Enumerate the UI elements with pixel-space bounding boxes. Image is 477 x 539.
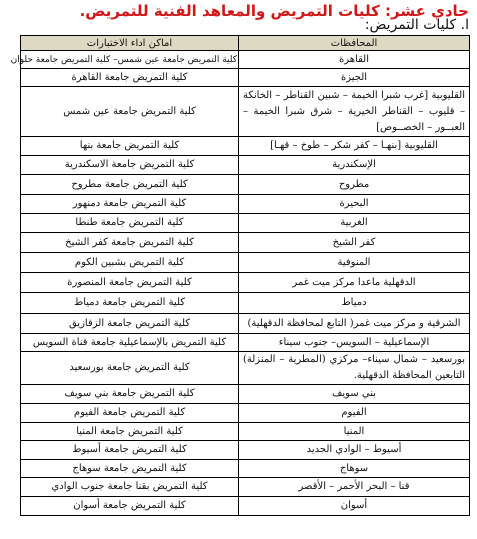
table-row: القاهرةكلية التمريض جامعة عين شمس– كلية … bbox=[21, 51, 470, 69]
table-row: قنا – البحر الأحمر – الأقصركلية التمريض … bbox=[21, 478, 470, 497]
table-row: الإسماعيلية – السويس– جنوب سيناءكلية الت… bbox=[21, 334, 470, 352]
governorate-cell: كفر الشيخ bbox=[239, 233, 470, 253]
governorate-cell: أسوان bbox=[239, 497, 470, 516]
table-row: الجيزةكلية التمريض جامعة القاهرة bbox=[21, 69, 470, 87]
governorate-cell: بني سويف bbox=[239, 385, 470, 404]
governorate-cell: الإسماعيلية – السويس– جنوب سيناء bbox=[239, 334, 470, 352]
table-row: كفر الشيخكلية التمريض جامعة كفر الشيخ bbox=[21, 233, 470, 253]
exam-location-cell: كلية التمريض جامعة بني سويف bbox=[21, 385, 239, 404]
exam-location-cell: كلية التمريض جامعة بنها bbox=[21, 137, 239, 156]
table-row: الفيومكلية التمريض جامعة الفيوم bbox=[21, 404, 470, 423]
exam-location-cell: كلية التمريض جامعة القاهرة bbox=[21, 69, 239, 87]
governorate-cell: المنيا bbox=[239, 423, 470, 441]
nursing-colleges-table: المحافظات اماكن اداء الاختبارات القاهرةك… bbox=[20, 35, 470, 516]
governorate-cell: الغربية bbox=[239, 214, 470, 233]
exam-location-cell: كلية التمريض جامعة دمياط bbox=[21, 293, 239, 314]
exam-location-cell: كلية التمريض جامعة المنصورة bbox=[21, 273, 239, 293]
table-row: البحيرةكلية التمريض جامعة دمنهور bbox=[21, 195, 470, 214]
governorate-cell: الدقهلية ماعدا مركز ميت غمر bbox=[239, 273, 470, 293]
governorate-cell: الإسكندرية bbox=[239, 156, 470, 175]
exam-location-cell: كلية التمريض جامعة أسيوط bbox=[21, 441, 239, 460]
governorate-cell: البحيرة bbox=[239, 195, 470, 214]
table-row: المنوفيةكلية التمريض بشبين الكوم bbox=[21, 253, 470, 273]
table-row: أسيوط – الوادي الجديدكلية التمريض جامعة … bbox=[21, 441, 470, 460]
exam-location-cell: كلية التمريض جامعة كفر الشيخ bbox=[21, 233, 239, 253]
exam-location-cell: كلية التمريض جامعة أسوان bbox=[21, 497, 239, 516]
table-row: الدقهلية ماعدا مركز ميت غمركلية التمريض … bbox=[21, 273, 470, 293]
exam-location-cell: كلية التمريض جامعة الفيوم bbox=[21, 404, 239, 423]
table-row: دمياطكلية التمريض جامعة دمياط bbox=[21, 293, 470, 314]
table-row: الإسكندريةكلية التمريض جامعة الاسكندرية bbox=[21, 156, 470, 175]
governorate-cell: القاهرة bbox=[239, 51, 470, 69]
section-subtitle: ا. كليات التمريض: bbox=[365, 17, 469, 33]
exam-location-cell: كلية التمريض جامعة المنيا bbox=[21, 423, 239, 441]
governorate-cell: الفيوم bbox=[239, 404, 470, 423]
table-row: بورسعيد – شمال سيناء– مركزي (المطرية – ا… bbox=[21, 352, 470, 385]
table-row: المنياكلية التمريض جامعة المنيا bbox=[21, 423, 470, 441]
exam-location-cell: كلية التمريض جامعة عين شمس bbox=[21, 87, 239, 137]
governorate-cell: سوهاج bbox=[239, 460, 470, 478]
exam-location-cell: كلية التمريض جامعة الاسكندرية bbox=[21, 156, 239, 175]
governorate-cell: المنوفية bbox=[239, 253, 470, 273]
governorate-cell: قنا – البحر الأحمر – الأقصر bbox=[239, 478, 470, 497]
exam-location-cell: كلية التمريض بقنا جامعة جنوب الوادي bbox=[21, 478, 239, 497]
table-row: بني سويفكلية التمريض جامعة بني سويف bbox=[21, 385, 470, 404]
governorate-cell: القليوبية [غرب شبرا الخيمة – شبين القناط… bbox=[239, 87, 470, 137]
governorate-cell: القليوبية [بنهـا – كفر شكر – طوخ – قهـا] bbox=[239, 137, 470, 156]
table-row: الغربيةكلية التمريض جامعة طنطا bbox=[21, 214, 470, 233]
header-governorates: المحافظات bbox=[239, 36, 470, 51]
governorate-cell: الجيزة bbox=[239, 69, 470, 87]
exam-location-cell: كلية التمريض جامعة مطروح bbox=[21, 175, 239, 195]
table-row: أسوانكلية التمريض جامعة أسوان bbox=[21, 497, 470, 516]
exam-location-cell: كلية التمريض بشبين الكوم bbox=[21, 253, 239, 273]
table-row: القليوبية [غرب شبرا الخيمة – شبين القناط… bbox=[21, 87, 470, 137]
exam-location-cell: كلية التمريض جامعة بورسعيد bbox=[21, 352, 239, 385]
table-header-row: المحافظات اماكن اداء الاختبارات bbox=[21, 36, 470, 51]
exam-location-cell: كلية التمريض جامعة دمنهور bbox=[21, 195, 239, 214]
governorate-cell: دمياط bbox=[239, 293, 470, 314]
table-row: مطروحكلية التمريض جامعة مطروح bbox=[21, 175, 470, 195]
governorate-cell: مطروح bbox=[239, 175, 470, 195]
exam-location-cell: كلية التمريض جامعة سوهاج bbox=[21, 460, 239, 478]
table-row: القليوبية [بنهـا – كفر شكر – طوخ – قهـا]… bbox=[21, 137, 470, 156]
exam-location-cell: كلية التمريض جامعة الزقازيق bbox=[21, 314, 239, 334]
table-row: الشرقية و مركز ميت غمر( التابع لمحافظة ا… bbox=[21, 314, 470, 334]
governorate-cell: أسيوط – الوادي الجديد bbox=[239, 441, 470, 460]
exam-location-cell: كلية التمريض جامعة طنطا bbox=[21, 214, 239, 233]
exam-location-cell: كلية التمريض بالإسماعيلية جامعة قناة الس… bbox=[21, 334, 239, 352]
exam-location-cell: كلية التمريض جامعة عين شمس– كلية التمريض… bbox=[21, 51, 239, 69]
header-exam-locations: اماكن اداء الاختبارات bbox=[21, 36, 239, 51]
governorate-cell: الشرقية و مركز ميت غمر( التابع لمحافظة ا… bbox=[239, 314, 470, 334]
table-row: سوهاجكلية التمريض جامعة سوهاج bbox=[21, 460, 470, 478]
governorate-cell: بورسعيد – شمال سيناء– مركزي (المطرية – ا… bbox=[239, 352, 470, 385]
